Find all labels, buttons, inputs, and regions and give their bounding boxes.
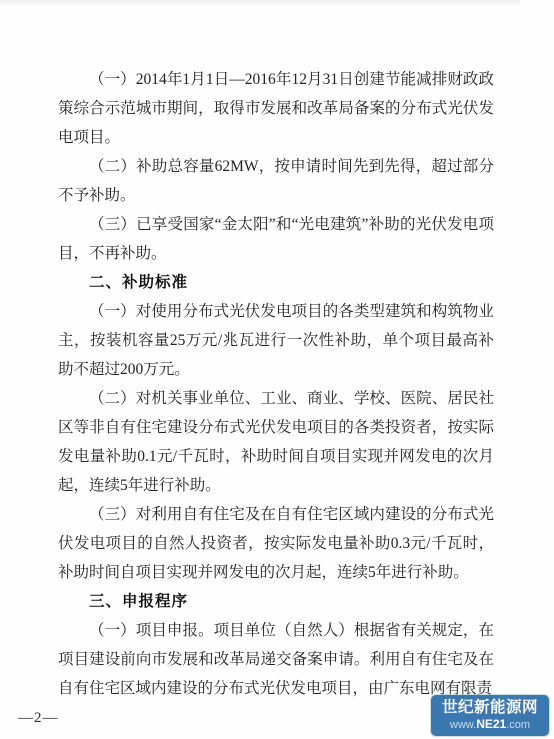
paragraph: （三）对利用自有住宅及在自有住宅区域内建设的分布式光伏发电项目的自然人投资者，按… [58, 500, 494, 587]
paragraph: （一）2014年1月1日—2016年12月31日创建节能减排财政政策综合示范城市… [58, 65, 494, 152]
section-heading: 三、申报程序 [58, 587, 494, 616]
document-text-block: （一）2014年1月1日—2016年12月31日创建节能减排财政政策综合示范城市… [58, 65, 494, 703]
scan-artifact [0, 0, 520, 6]
watermark-site-name: 世纪新能源网 [431, 698, 549, 717]
watermark-url-prefix: www. [450, 719, 476, 731]
watermark-url-domain: NE21 [476, 717, 506, 731]
paragraph: （一）对使用分布式光伏发电项目的各类型建筑和构筑物业主，按装机容量25万元/兆瓦… [58, 297, 494, 384]
paragraph: （二）补助总容量62MW，按申请时间先到先得，超过部分不予补助。 [58, 152, 494, 210]
watermark-url: www.NE21.com [431, 717, 549, 732]
section-heading: 二、补助标准 [58, 268, 494, 297]
paragraph: （一）项目申报。项目单位（自然人）根据省有关规定，在项目建设前向市发展和改革局递… [58, 616, 494, 703]
page-number: —2— [18, 710, 59, 727]
paragraph: （三）已享受国家“金太阳”和“光电建筑”补助的光伏发电项目，不再补助。 [58, 210, 494, 268]
watermark-badge: 世纪新能源网 www.NE21.com [431, 695, 549, 736]
document-page: （一）2014年1月1日—2016年12月31日创建节能减排财政政策综合示范城市… [0, 0, 554, 739]
paragraph: （二）对机关事业单位、工业、商业、学校、医院、居民社区等非自有住宅建设分布式光伏… [58, 384, 494, 500]
watermark-url-suffix: .com [506, 719, 530, 731]
